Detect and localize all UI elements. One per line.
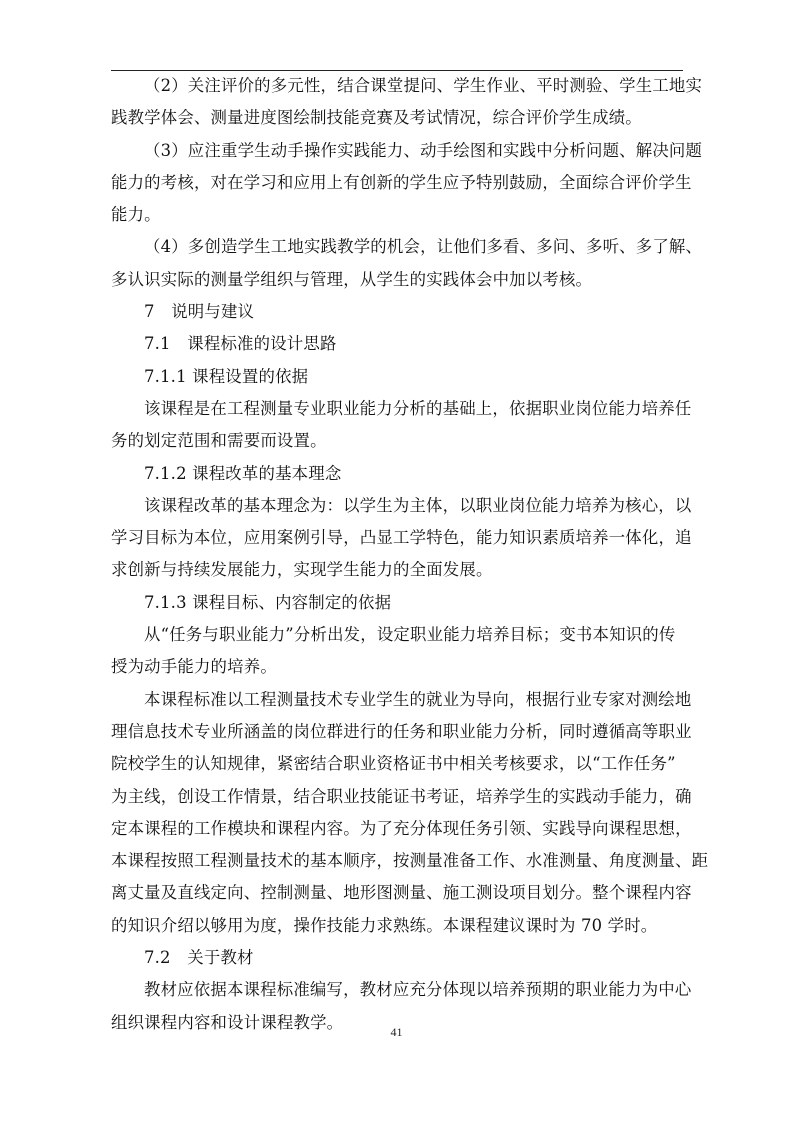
- text-line: 从“任务与职业能力”分析出发，设定职业能力培养目标；变书本知识的传: [111, 619, 683, 651]
- section-heading-7-2: 7.2 关于教材: [111, 942, 683, 974]
- text-line: 本课程按照工程测量技术的基本顺序，按测量准备工作、水准测量、角度测量、距: [111, 845, 683, 877]
- paragraph-course-setting-basis: 该课程是在工程测量专业职业能力分析的基础上，依据职业岗位能力培养任 务的划定范围…: [111, 393, 683, 458]
- text-line: 理信息技术专业所涵盖的岗位群进行的任务和职业能力分析，同时遵循高等职业: [111, 716, 683, 748]
- text-line: 院校学生的认知规律，紧密结合职业资格证书中相关考核要求，以“工作任务”: [111, 748, 683, 780]
- text-line: 授为动手能力的培养。: [111, 651, 683, 683]
- text-line: 学习目标为本位，应用案例引导，凸显工学特色，能力知识素质培养一体化，追: [111, 522, 683, 554]
- text-line: 教材应依据本课程标准编写，教材应充分体现以培养预期的职业能力为中心: [111, 974, 683, 1006]
- text-line: （3）应注重学生动手操作实践能力、动手绘图和实践中分析问题、解决问题: [111, 135, 683, 167]
- text-line: 践教学体会、测量进度图绘制技能竞赛及考试情况，综合评价学生成绩。: [111, 102, 683, 134]
- text-line: 多认识实际的测量学组织与管理，从学生的实践体会中加以考核。: [111, 264, 683, 296]
- text-line: 离丈量及直线定向、控制测量、地形图测量、施工测设项目划分。整个课程内容: [111, 877, 683, 909]
- list-item-evaluation-2: （2）关注评价的多元性，结合课堂提问、学生作业、平时测验、学生工地实 践教学体会…: [111, 70, 683, 135]
- text-line: 求创新与持续发展能力，实现学生能力的全面发展。: [111, 554, 683, 586]
- paragraph-reform-philosophy: 该课程改革的基本理念为：以学生为主体，以职业岗位能力培养为核心，以 学习目标为本…: [111, 490, 683, 587]
- text-line: 能力的考核，对在学习和应用上有创新的学生应予特别鼓励，全面综合评价学生: [111, 167, 683, 199]
- text-line: 该课程是在工程测量专业职业能力分析的基础上，依据职业岗位能力培养任: [111, 393, 683, 425]
- section-heading-7-1-2: 7.1.2 课程改革的基本理念: [111, 458, 683, 490]
- section-heading-7: 7 说明与建议: [111, 296, 683, 328]
- list-item-evaluation-3: （3）应注重学生动手操作实践能力、动手绘图和实践中分析问题、解决问题 能力的考核…: [111, 135, 683, 232]
- text-line: （2）关注评价的多元性，结合课堂提问、学生作业、平时测验、学生工地实: [111, 70, 683, 102]
- page-number: 41: [0, 1025, 793, 1040]
- text-line: 该课程改革的基本理念为：以学生为主体，以职业岗位能力培养为核心，以: [111, 490, 683, 522]
- paragraph-course-standard-orientation: 本课程标准以工程测量技术专业学生的就业为导向，根据行业专家对测绘地 理信息技术专…: [111, 684, 683, 942]
- text-line: （4）多创造学生工地实践教学的机会，让他们多看、多问、多听、多了解、: [111, 231, 683, 263]
- text-line: 务的划定范围和需要而设置。: [111, 425, 683, 457]
- section-heading-7-1: 7.1 课程标准的设计思路: [111, 328, 683, 360]
- text-line: 本课程标准以工程测量技术专业学生的就业为导向，根据行业专家对测绘地: [111, 684, 683, 716]
- list-item-evaluation-4: （4）多创造学生工地实践教学的机会，让他们多看、多问、多听、多了解、 多认识实际…: [111, 231, 683, 296]
- section-heading-7-1-1: 7.1.1 课程设置的依据: [111, 361, 683, 393]
- text-line: 能力。: [111, 199, 683, 231]
- text-line: 为主线，创设工作情景，结合职业技能证书考证，培养学生的实践动手能力，确: [111, 781, 683, 813]
- text-line: 定本课程的工作模块和课程内容。为了充分体现任务引领、实践导向课程思想，: [111, 813, 683, 845]
- section-heading-7-1-3: 7.1.3 课程目标、内容制定的依据: [111, 587, 683, 619]
- document-body: （2）关注评价的多元性，结合课堂提问、学生作业、平时测验、学生工地实 践教学体会…: [111, 70, 683, 1039]
- text-line: 的知识介绍以够用为度，操作技能力求熟练。本课程建议课时为 70 学时。: [111, 910, 683, 942]
- paragraph-objectives-basis: 从“任务与职业能力”分析出发，设定职业能力培养目标；变书本知识的传 授为动手能力…: [111, 619, 683, 684]
